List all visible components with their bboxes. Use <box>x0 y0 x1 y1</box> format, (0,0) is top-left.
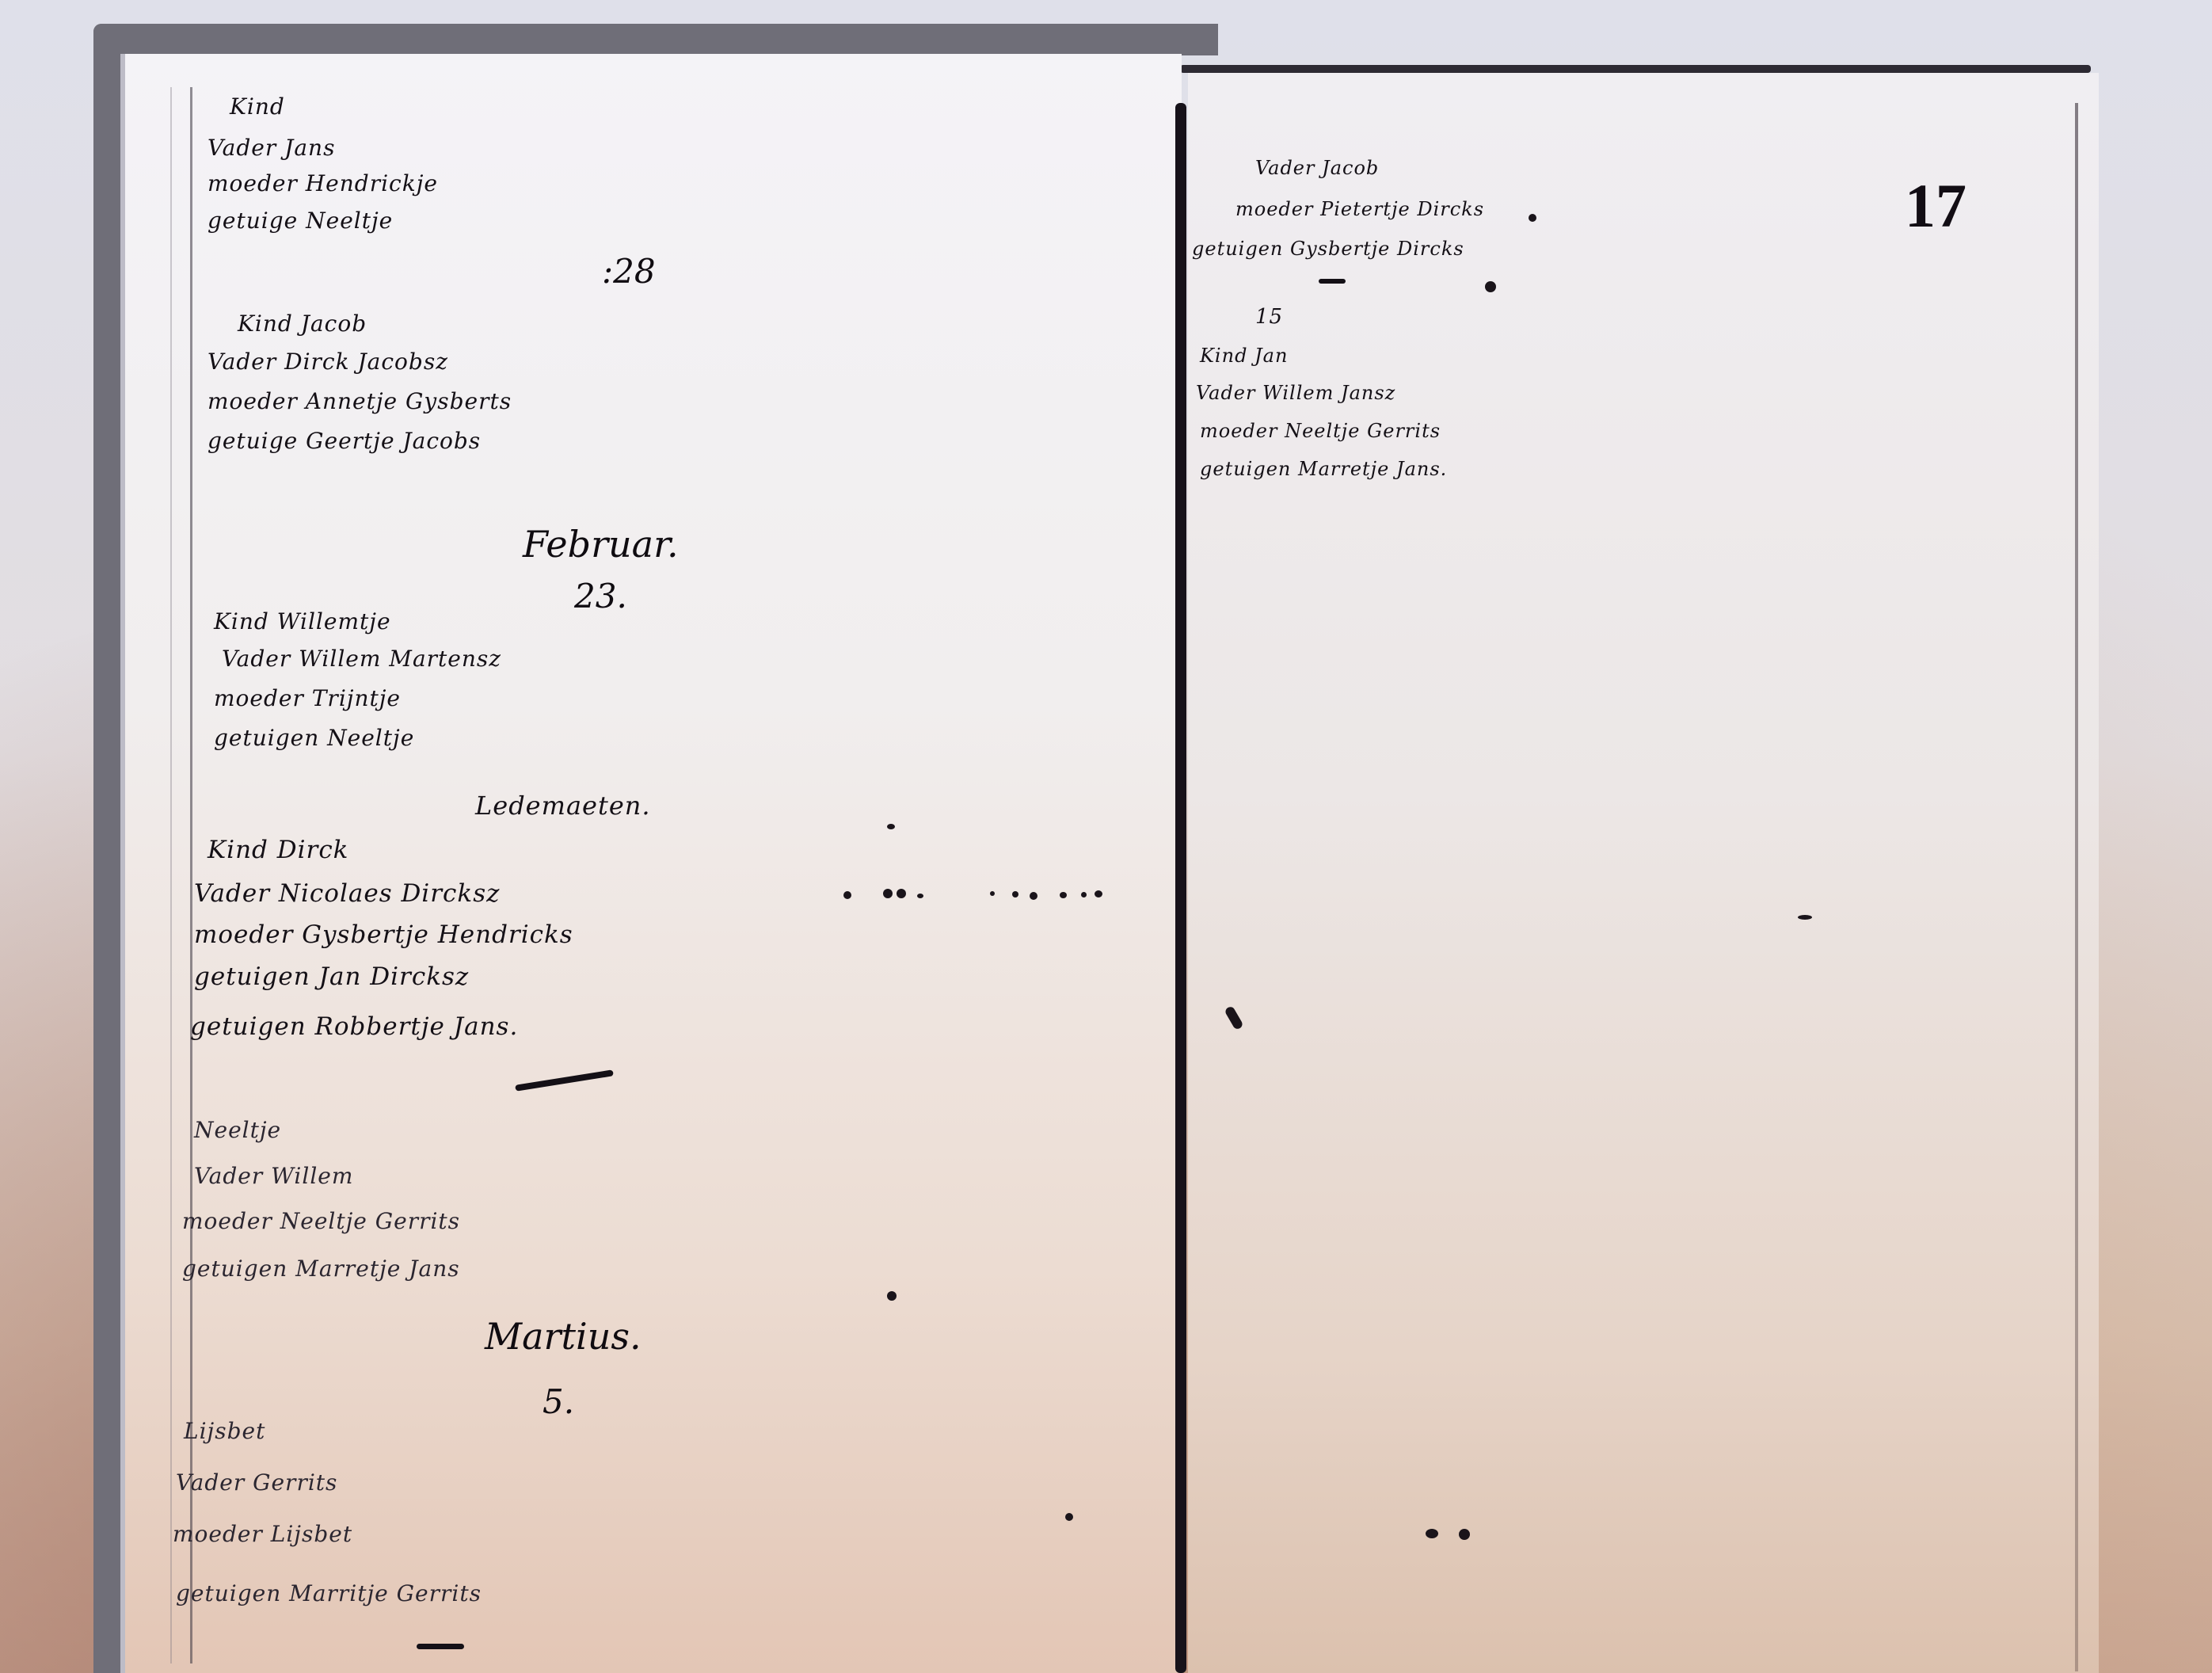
entry-line: moeder Neeltje Gerrits <box>1200 420 1441 442</box>
entry-line: Vader Jans <box>207 135 335 161</box>
right-page-fold-line <box>2075 103 2078 1671</box>
entry-line: getuigen Jan Dircksz <box>194 962 469 991</box>
date-label: 15 <box>1255 305 1283 329</box>
entry-line: getuigen Marritje Gerrits <box>176 1580 482 1606</box>
entry-line: Vader Dirck Jacobsz <box>207 349 448 375</box>
date-label: 23. <box>574 577 627 615</box>
entry-line: moeder Annetje Gysberts <box>207 388 512 414</box>
book-gutter <box>1175 103 1186 1673</box>
entry-line: Kind Jan <box>1200 345 1288 367</box>
entry-line: getuigen Marretje Jans. <box>1200 458 1447 480</box>
entry-line: getuigen Robbertje Jans. <box>190 1012 518 1041</box>
month-heading: Februar. <box>523 523 679 566</box>
date-label: :28 <box>602 252 656 291</box>
entry-line: moeder Lijsbet <box>173 1521 352 1547</box>
entry-line: Kind Jacob <box>238 311 367 337</box>
entry-line: Kind Dirck <box>207 836 348 864</box>
right-page <box>1188 73 2099 1673</box>
entry-line: moeder Gysbertje Hendricks <box>194 920 573 949</box>
entry-line: getuigen Gysbertje Dircks <box>1192 238 1464 260</box>
entry-line: getuigen Marretje Jans <box>182 1256 460 1282</box>
entry-line: Neeltje <box>194 1117 281 1143</box>
entry-line: Vader Nicolaes Dircksz <box>194 879 500 908</box>
left-margin-rule-outer <box>170 87 172 1663</box>
entry-line: moeder Pietertje Dircks <box>1235 198 1484 220</box>
entry-line: Kind Willemtje <box>214 608 391 635</box>
entry-line: Vader Jacob <box>1255 157 1379 179</box>
entry-line: Kind <box>230 93 285 120</box>
entry-separator-stroke <box>417 1644 464 1649</box>
folio-number: 17 <box>1905 170 1966 242</box>
entry-line: moeder Hendrickje <box>207 170 438 196</box>
entry-line: getuigen Neeltje <box>214 725 414 751</box>
entry-separator-stroke <box>1319 279 1346 284</box>
entry-line: getuige Geertje Jacobs <box>207 428 481 454</box>
entry-line: Vader Willem Jansz <box>1196 382 1395 404</box>
entry-line: moeder Trijntje <box>214 685 401 711</box>
entry-line: Vader Gerrits <box>176 1469 337 1496</box>
book-cover-top-edge-right <box>1180 65 2091 73</box>
month-heading: Martius. <box>485 1315 642 1358</box>
entry-line: getuige Neeltje <box>207 208 393 234</box>
entry-line: Vader Willem Martensz <box>222 646 501 672</box>
entry-line: Lijsbet <box>184 1418 265 1444</box>
entry-line: Vader Willem <box>194 1163 353 1189</box>
entry-line: moeder Neeltje Gerrits <box>182 1208 460 1234</box>
status-note: Ledemaeten. <box>475 791 651 821</box>
date-label: 5. <box>543 1382 574 1421</box>
